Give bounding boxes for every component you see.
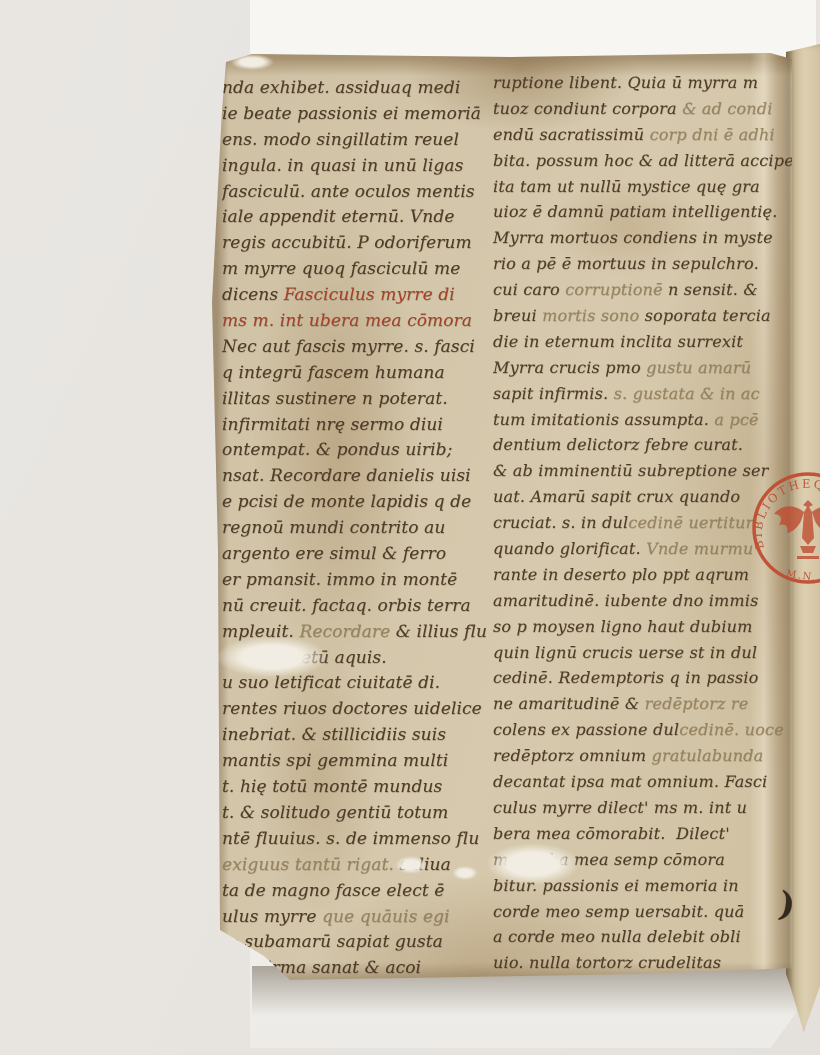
text-segment: die in eternum inclita surrexit <box>493 332 743 351</box>
text-segment: ntē fluuius. s. de immenso flu <box>222 829 479 849</box>
text-segment: mantis spi gemmina multi <box>222 751 448 771</box>
manuscript-text-line: ita tam ut nullū mystice quę gra <box>493 174 793 200</box>
manuscript-text-line: nda exhibet. assiduaq medi <box>222 76 492 102</box>
manuscript-text-line: die in eternum inclita surrexit <box>493 329 793 355</box>
text-segment: ta de magno fasce elect ē <box>222 881 444 901</box>
stamp-text-bottom: M.N. <box>785 569 817 584</box>
text-segment: rio a pē ē mortuus in sepulchro. <box>493 254 759 273</box>
text-segment: ie beate passionis ei memoriā <box>222 104 481 124</box>
manuscript-text-line: m myrre quoq fasciculū me <box>222 257 492 283</box>
manuscript-text-line: nsat. Recordare danielis uisi <box>222 464 492 490</box>
text-segment: Nec aut fascis myrre. s. fasci <box>222 337 475 357</box>
text-segment: & illius flu <box>390 622 487 642</box>
manuscript-text-line: mantis spi gemmina multi <box>222 749 492 775</box>
text-segment: colens ex passione dul <box>493 720 679 739</box>
text-segment: mortis sono <box>542 306 639 325</box>
manuscript-text-line: quin lignū crucis uerse st in dul <box>493 640 793 666</box>
text-segment: corde meo semp uersabit. quā <box>493 902 744 921</box>
text-segment: culus myrre dilect' ms m. int u <box>493 798 747 817</box>
manuscript-text-line: endū sacratissimū corp dni ē adhi <box>493 122 793 148</box>
text-segment: uat. Amarū sapit crux quando <box>493 487 740 506</box>
manuscript-text-line: ta de magno fasce elect ē <box>222 879 492 905</box>
repair-patch <box>230 54 274 70</box>
text-segment: cedinē. uoce <box>679 720 784 739</box>
text-segment: rentes riuos doctores uidelice <box>222 699 482 719</box>
text-segment: s. gustata & in ac <box>614 384 760 403</box>
text-segment: cui caro <box>493 280 565 299</box>
manuscript-text-line: ontempat. & pondus uirib; <box>222 438 492 464</box>
text-segment: endū sacratissimū <box>493 125 650 144</box>
manuscript-text-line: rio a pē ē mortuus in sepulchro. <box>493 251 793 277</box>
text-segment: Vnde murmu <box>646 539 753 558</box>
text-segment: soporata tercia <box>639 306 770 325</box>
parchment-hole <box>452 866 478 880</box>
text-segment: q integrū fascem humana <box>222 363 445 383</box>
text-segment: quin lignū crucis uerse st in dul <box>493 643 757 662</box>
manuscript-text-line: ingula. in quasi in unū ligas <box>222 154 492 180</box>
manuscript-text-line: infirmitati nrę sermo diui <box>222 413 492 439</box>
library-stamp: BIBLIOTHEQUE M.N. <box>748 466 820 592</box>
manuscript-text-line: inebriat. & stillicidiis suis <box>222 723 492 749</box>
manuscript-text-line: Myrra crucis pmo gustu amarū <box>493 355 793 381</box>
text-segment: ms m. int ubera mea cōmora <box>222 311 472 331</box>
manuscript-text-line: ie beate passionis ei memoriā <box>222 102 492 128</box>
text-segment: cedinē uertitur <box>628 513 753 532</box>
repair-patch <box>216 636 328 678</box>
text-segment: redēptorz re <box>645 694 749 713</box>
manuscript-text-line: q integrū fascem humana <box>222 361 492 387</box>
manuscript-text-line: tuoz condiunt corpora & ad condi <box>493 96 793 122</box>
text-segment: gratulabunda <box>652 746 764 765</box>
text-segment: tum imitationis assumpta. <box>493 410 714 429</box>
text-segment: illitas sustinere n poterat. <box>222 389 448 409</box>
manuscript-text-line: decantat ipsa mat omnium. Fasci <box>493 769 793 795</box>
text-segment: a pcē <box>714 410 758 429</box>
text-segment: corruptionē <box>565 280 663 299</box>
text-segment: inebriat. & stillicidiis suis <box>222 725 446 745</box>
manuscript-page: nda exhibet. assiduaq mediie beate passi… <box>212 50 806 984</box>
manuscript-text-line: ntē fluuius. s. de immenso flu <box>222 827 492 853</box>
manuscript-text-line: colens ex passione dulcedinē. uoce <box>493 717 793 743</box>
text-segment: t. hię totū montē mundus <box>222 777 442 797</box>
manuscript-text-line: er pmansit. immo in montē <box>222 568 492 594</box>
manuscript-text-line: sapit infirmis. s. gustata & in ac <box>493 381 793 407</box>
text-segment: argento ere simul & ferro <box>222 544 446 564</box>
text-segment: regis accubitū. P odoriferum <box>222 233 472 253</box>
text-segment: e pcisi de monte lapidis q de <box>222 492 471 512</box>
text-segment: er pmansit. immo in montē <box>222 570 457 590</box>
manuscript-text-line: tum imitationis assumpta. a pcē <box>493 407 793 433</box>
text-segment: iale appendit eternū. Vnde <box>222 207 455 227</box>
text-segment: m myrre quoq fasciculū me <box>222 259 460 279</box>
manuscript-text-line: t. hię totū montē mundus <box>222 775 492 801</box>
text-segment: uio. nulla tortorz crudelitas <box>493 953 721 972</box>
text-segment: Fasciculus myrre di <box>284 285 455 305</box>
manuscript-text-line: ruptione libent. Quia ū myrra m <box>493 70 793 96</box>
text-segment: infirmitati nrę sermo diui <box>222 415 443 435</box>
text-segment: redēptorz omnium <box>493 746 652 765</box>
text-segment: nda exhibet. assiduaq medi <box>222 78 460 98</box>
text-segment: bera mea cōmorabit. Dilect' <box>493 824 730 843</box>
manuscript-text-line: iale appendit eternū. Vnde <box>222 205 492 231</box>
manuscript-text-line: bita. possum hoc & ad litterā accipe. <box>493 148 793 174</box>
text-segment: uioz ē damnū patiam intelligentię. <box>493 202 778 221</box>
text-segment: ens. modo singillatim reuel <box>222 130 459 150</box>
text-segment: ne amaritudinē & <box>493 694 645 713</box>
text-segment: ita tam ut nullū mystice quę gra <box>493 177 760 196</box>
text-segment: rante in deserto plo ppt aqrum <box>493 565 749 584</box>
manuscript-text-line: regnoū mundi contrito au <box>222 516 492 542</box>
manuscript-text-line: uioz ē damnū patiam intelligentię. <box>493 199 793 225</box>
manuscript-text-line: ulus myrre que quāuis egi <box>222 905 492 931</box>
text-segment: sapit infirmis. <box>493 384 614 403</box>
text-segment: cedinē. Redemptoris q in passio <box>493 668 759 687</box>
text-segment: breui <box>493 306 542 325</box>
text-segment: ulus myrre <box>222 907 322 927</box>
parchment-hole <box>395 856 427 874</box>
manuscript-text-line: ms m. int ubera mea cōmora <box>222 309 492 335</box>
manuscript-text-line: so p moysen ligno haut dubium <box>493 614 793 640</box>
text-segment: regnoū mundi contrito au <box>222 518 445 538</box>
manuscript-text-line: Myrra mortuos condiens in myste <box>493 225 793 251</box>
text-segment: ontempat. & pondus uirib; <box>222 440 452 460</box>
text-segment: fasciculū. ante oculos mentis <box>222 182 475 202</box>
text-segment: amaritudinē. iubente dno immis <box>493 591 759 610</box>
text-segment: nū creuit. factaq. orbis terra <box>222 596 471 616</box>
text-segment: Myrra mortuos condiens in myste <box>493 228 773 247</box>
text-segment: exiguus tantū rigat. <box>222 855 394 875</box>
text-segment: ruptione libent. Quia ū myrra m <box>493 73 758 92</box>
manuscript-text-line: corde meo semp uersabit. quā <box>493 899 793 925</box>
text-segment: gustu amarū <box>646 358 751 377</box>
manuscript-text-line: illitas sustinere n poterat. <box>222 387 492 413</box>
text-segment: dicens <box>222 285 284 305</box>
manuscript-text-line: t. & solitudo gentiū totum <box>222 801 492 827</box>
photo-backdrop: ) nda exhibet. assiduaq mediie beate pas… <box>0 0 820 1055</box>
manuscript-text-line: ens. modo singillatim reuel <box>222 128 492 154</box>
manuscript-text-line: cedinē. Redemptoris q in passio <box>493 665 793 691</box>
text-segment: nsat. Recordare danielis uisi <box>222 466 471 486</box>
text-segment: corp dni ē adhi <box>650 125 775 144</box>
manuscript-text-line: argento ere simul & ferro <box>222 542 492 568</box>
manuscript-text-line: ne amaritudinē & redēptorz re <box>493 691 793 717</box>
manuscript-text-line: rentes riuos doctores uidelice <box>222 697 492 723</box>
text-segment: t. & solitudo gentiū totum <box>222 803 448 823</box>
eagle-icon <box>774 500 820 559</box>
text-segment: b; subamarū sapiat gusta <box>222 932 443 952</box>
manuscript-text-line: dentium delictorz febre curat. <box>493 432 793 458</box>
text-segment: Myrra crucis pmo <box>493 358 646 377</box>
manuscript-text-line: dicens Fasciculus myrre di <box>222 283 492 309</box>
manuscript-text-line: regis accubitū. P odoriferum <box>222 231 492 257</box>
manuscript-text-line: Nec aut fascis myrre. s. fasci <box>222 335 492 361</box>
manuscript-text-line: a corde meo nulla delebit obli <box>493 924 793 950</box>
text-segment: so p moysen ligno haut dubium <box>493 617 753 636</box>
text-segment: dentium delictorz febre curat. <box>493 435 743 454</box>
manuscript-text-line: breui mortis sono soporata tercia <box>493 303 793 329</box>
text-segment: cruciat. s. in dul <box>493 513 628 532</box>
manuscript-text-line: culus myrre dilect' ms m. int u <box>493 795 793 821</box>
manuscript-text-line: redēptorz omnium gratulabunda <box>493 743 793 769</box>
manuscript-text-line: cui caro corruptionē n sensit. & <box>493 277 793 303</box>
text-segment: n sensit. & <box>663 280 758 299</box>
repair-patch <box>486 843 580 885</box>
text-column-left: nda exhibet. assiduaq mediie beate passi… <box>222 76 492 982</box>
text-segment: decantat ipsa mat omnium. Fasci <box>493 772 767 791</box>
manuscript-text-line: b; subamarū sapiat gusta <box>222 930 492 956</box>
text-segment: quando glorificat. <box>493 539 646 558</box>
text-segment: ingula. in quasi in unū ligas <box>222 156 463 176</box>
text-segment: bita. possum hoc & ad litterā accipe. <box>493 151 793 170</box>
text-segment: & ad condi <box>682 99 772 118</box>
text-segment: a corde meo nulla delebit obli <box>493 927 741 946</box>
text-segment: & ab imminentiū subreptione ser <box>493 461 768 480</box>
manuscript-text-line: fasciculū. ante oculos mentis <box>222 180 492 206</box>
manuscript-text-line: e pcisi de monte lapidis q de <box>222 490 492 516</box>
text-segment: tuoz condiunt corpora <box>493 99 682 118</box>
manuscript-text-line: nū creuit. factaq. orbis terra <box>222 594 492 620</box>
text-segment: que quāuis egi <box>322 907 450 927</box>
